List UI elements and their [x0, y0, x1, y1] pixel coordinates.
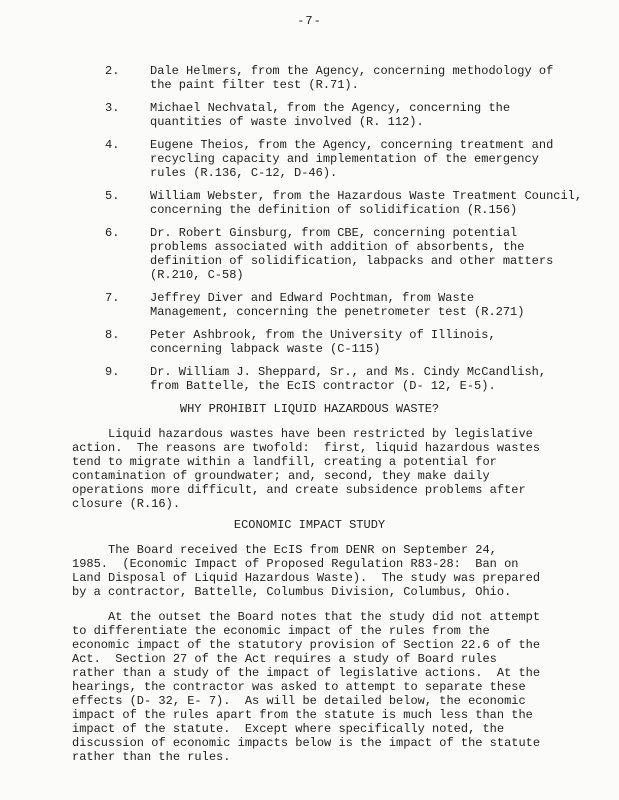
- list-item-number: 6.: [105, 226, 150, 282]
- list-item: 8. Peter Ashbrook, from the University o…: [105, 328, 619, 356]
- list-item-text: Peter Ashbrook, from the University of I…: [150, 328, 496, 356]
- list-item: 7. Jeffrey Diver and Edward Pochtman, fr…: [105, 291, 619, 319]
- witness-list: 2. Dale Helmers, from the Agency, concer…: [0, 64, 619, 393]
- list-item-number: 2.: [105, 64, 150, 92]
- list-item: 6. Dr. Robert Ginsburg, from CBE, concer…: [105, 226, 619, 282]
- list-item-text: Dr. Robert Ginsburg, from CBE, concernin…: [150, 226, 553, 282]
- page-content: 2. Dale Helmers, from the Agency, concer…: [0, 64, 619, 764]
- section-heading-why-prohibit: WHY PROHIBIT LIQUID HAZARDOUS WASTE?: [0, 402, 619, 416]
- list-item: 3. Michael Nechvatal, from the Agency, c…: [105, 101, 619, 129]
- list-item-number: 8.: [105, 328, 150, 356]
- list-item-number: 3.: [105, 101, 150, 129]
- page-number: -7-: [0, 0, 619, 28]
- list-item-text: William Webster, from the Hazardous Wast…: [150, 189, 582, 217]
- list-item-number: 4.: [105, 138, 150, 180]
- list-item: 9. Dr. William J. Sheppard, Sr., and Ms.…: [105, 365, 619, 393]
- section-heading-economic-impact: ECONOMIC IMPACT STUDY: [0, 518, 619, 532]
- list-item-text: Dale Helmers, from the Agency, concernin…: [150, 64, 553, 92]
- list-item-number: 9.: [105, 365, 150, 393]
- paragraph: The Board received the EcIS from DENR on…: [72, 543, 619, 599]
- list-item-text: Dr. William J. Sheppard, Sr., and Ms. Ci…: [150, 365, 546, 393]
- list-item: 2. Dale Helmers, from the Agency, concer…: [105, 64, 619, 92]
- list-item: 4. Eugene Theios, from the Agency, conce…: [105, 138, 619, 180]
- list-item-text: Jeffrey Diver and Edward Pochtman, from …: [150, 291, 524, 319]
- list-item-number: 7.: [105, 291, 150, 319]
- paragraph: At the outset the Board notes that the s…: [72, 610, 619, 764]
- list-item-number: 5.: [105, 189, 150, 217]
- list-item-text: Michael Nechvatal, from the Agency, conc…: [150, 101, 510, 129]
- list-item: 5. William Webster, from the Hazardous W…: [105, 189, 619, 217]
- list-item-text: Eugene Theios, from the Agency, concerni…: [150, 138, 553, 180]
- document-page: -7- 2. Dale Helmers, from the Agency, co…: [0, 0, 619, 800]
- paragraph: Liquid hazardous wastes have been restri…: [72, 427, 619, 511]
